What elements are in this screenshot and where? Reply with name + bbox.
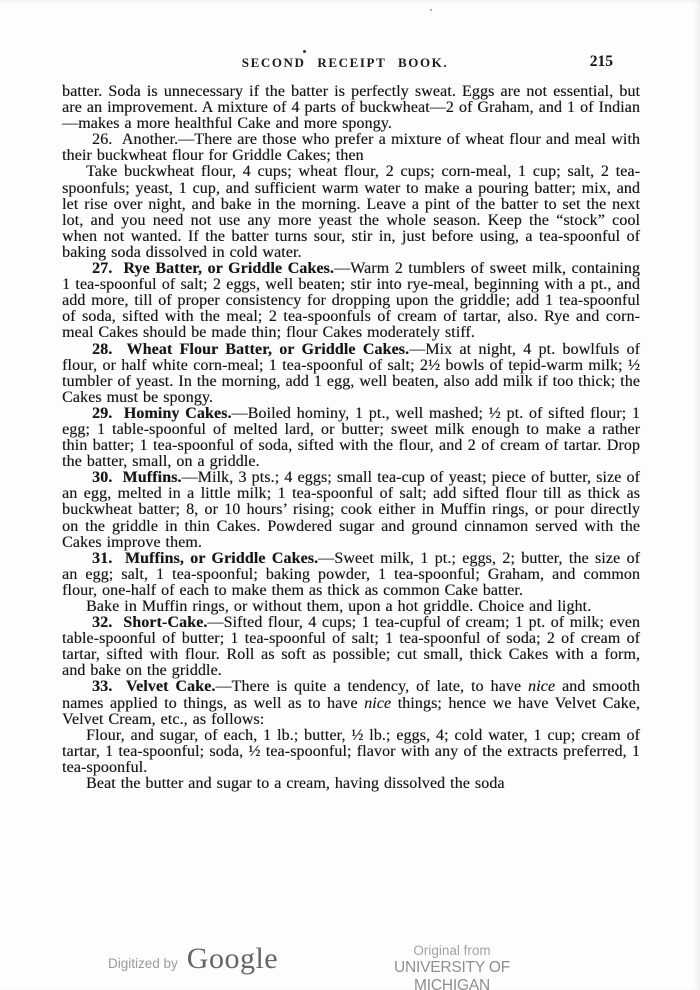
text-run: batter. Soda is unnecessary if the batte… <box>62 83 640 132</box>
text-run: —There is quite a tendency, of late, to … <box>215 678 528 695</box>
recipe-heading: 28. Wheat Flour Batter, or Griddle Cakes… <box>92 341 409 358</box>
page-number: 215 <box>590 53 613 71</box>
recipe-33: 33. Velvet Cake.—There is quite a tenden… <box>62 679 640 727</box>
recipe-heading: 31. Muffins, or Griddle Cakes. <box>92 550 318 567</box>
recipe-26-directions: Take buckwheat flour, 4 cups; wheat flou… <box>62 164 640 261</box>
recipe-heading: 30. Muffins. <box>92 469 182 486</box>
text-run: 26. Another.—There are those who prefer … <box>62 131 640 164</box>
text-run: Flour, and sugar, of each, 1 lb.; butter… <box>62 727 640 776</box>
recipe-31-directions: Bake in Muffin rings, or without them, u… <box>62 599 640 615</box>
recipe-heading: 32. Short-Cake. <box>92 614 207 631</box>
recipe-33-directions: Beat the butter and sugar to a cream, ha… <box>62 776 640 792</box>
scan-speck <box>430 9 432 11</box>
text-run: Bake in Muffin rings, or without them, u… <box>86 598 591 615</box>
italic-text-run: nice <box>528 678 555 695</box>
footer-digitized: Digitized by Google <box>108 942 278 976</box>
google-logo: Google <box>187 942 278 976</box>
recipe-31: 31. Muffins, or Griddle Cakes.—Sweet mil… <box>62 551 640 599</box>
recipe-30: 30. Muffins.—Milk, 3 pts.; 4 eggs; small… <box>62 470 640 550</box>
recipe-heading: 33. Velvet Cake. <box>92 678 215 695</box>
original-from-label: Original from <box>368 943 536 959</box>
recipe-heading: 29. Hominy Cakes. <box>92 405 232 422</box>
text-run: Beat the butter and sugar to a cream, ha… <box>86 775 505 792</box>
recipe-32: 32. Short-Cake.—Sifted flour, 4 cups; 1 … <box>62 615 640 679</box>
text-run: Take buckwheat flour, 4 cups; wheat flou… <box>62 163 640 260</box>
page-header: SECOND RECEIPT BOOK. 215 <box>62 55 640 75</box>
scanned-book-page: { "header": { "title": "SECOND RECEIPT B… <box>0 0 700 990</box>
running-title: SECOND RECEIPT BOOK. <box>56 55 634 71</box>
digitized-by-label: Digitized by <box>108 956 178 971</box>
institution-label: UNIVERSITY OF MICHIGAN <box>368 959 536 990</box>
recipe-heading: 27. Rye Batter, or Griddle Cakes. <box>92 260 334 277</box>
italic-text-run: nice <box>364 695 391 712</box>
recipe-33-ingredients: Flour, and sugar, of each, 1 lb.; butter… <box>62 728 640 776</box>
page-body: batter. Soda is unnecessary if the batte… <box>62 84 640 792</box>
intro-continuation: batter. Soda is unnecessary if the batte… <box>62 84 640 132</box>
recipe-28: 28. Wheat Flour Batter, or Griddle Cakes… <box>62 342 640 406</box>
recipe-27: 27. Rye Batter, or Griddle Cakes.—Warm 2… <box>62 261 640 341</box>
scan-speck <box>303 50 306 53</box>
recipe-29: 29. Hominy Cakes.—Boiled hominy, 1 pt., … <box>62 406 640 470</box>
recipe-26: 26. Another.—There are those who prefer … <box>62 132 640 164</box>
footer-original: Original from UNIVERSITY OF MICHIGAN <box>368 943 536 990</box>
